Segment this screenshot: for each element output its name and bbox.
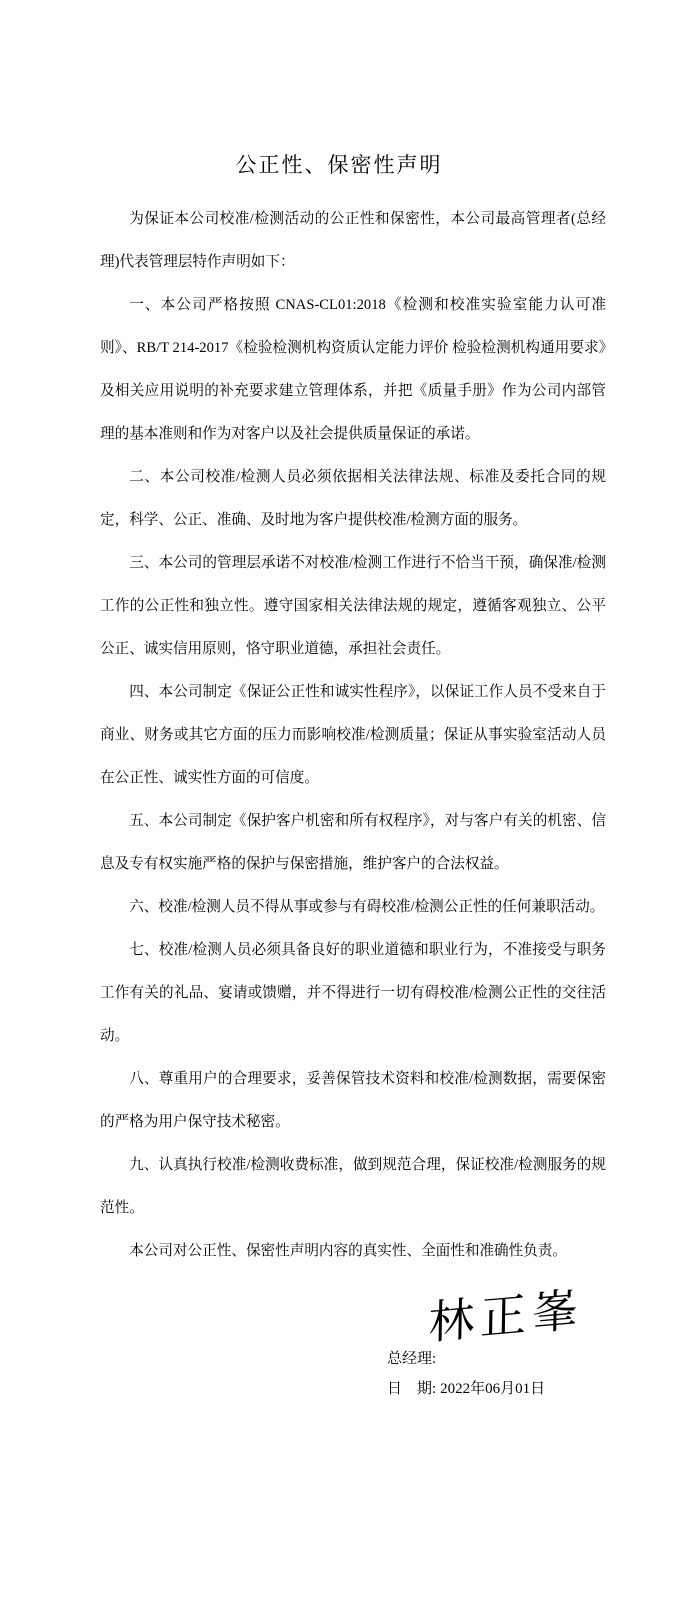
- date-value: 2022年06月01日: [440, 1381, 545, 1397]
- signature-date-line: 日 期:2022年06月01日: [387, 1379, 545, 1399]
- paragraph-clause-4: 四、本公司制定《保证公正性和诚实性程序》，以保证工作人员不受来自于商业、财务或其…: [100, 671, 606, 800]
- document-body: 为保证本公司校准/检测活动的公正性和保密性，本公司最高管理者(总经理)代表管理层…: [100, 198, 606, 1273]
- paragraph-clause-3: 三、本公司的管理层承诺不对校准/检测工作进行不恰当干预，确保准/检测工作的公正性…: [100, 542, 606, 671]
- document-title: 公正性、保密性声明: [0, 0, 678, 180]
- paragraph-clause-5: 五、本公司制定《保护客户机密和所有权程序》，对与客户有关的机密、信息及专有权实施…: [100, 800, 606, 886]
- paragraph-intro: 为保证本公司校准/检测活动的公正性和保密性，本公司最高管理者(总经理)代表管理层…: [100, 198, 606, 284]
- document-page: 公正性、保密性声明 为保证本公司校准/检测活动的公正性和保密性，本公司最高管理者…: [0, 0, 678, 1603]
- date-label: 日 期:: [387, 1381, 436, 1397]
- signer-role-label: 总经理:: [387, 1349, 436, 1369]
- paragraph-closing: 本公司对公正性、保密性声明内容的真实性、全面性和准确性负责。: [100, 1230, 606, 1273]
- paragraph-clause-2: 二、本公司校准/检测人员必须依据相关法律法规、标准及委托合同的规定，科学、公正、…: [100, 456, 606, 542]
- paragraph-clause-1: 一、本公司严格按照 CNAS-CL01:2018《检测和校准实验室能力认可准则》…: [100, 284, 606, 456]
- paragraph-clause-6: 六、校准/检测人员不得从事或参与有碍校准/检测公正性的任何兼职活动。: [100, 886, 606, 929]
- handwritten-signature: 林正峯: [428, 1282, 584, 1352]
- paragraph-clause-7: 七、校准/检测人员必须具备良好的职业道德和职业行为，不准接受与职务工作有关的礼品…: [100, 929, 606, 1058]
- paragraph-clause-9: 九、认真执行校准/检测收费标准，做到规范合理，保证校准/检测服务的规范性。: [100, 1144, 606, 1230]
- paragraph-clause-8: 八、尊重用户的合理要求，妥善保管技术资料和校准/检测数据，需要保密的严格为用户保…: [100, 1058, 606, 1144]
